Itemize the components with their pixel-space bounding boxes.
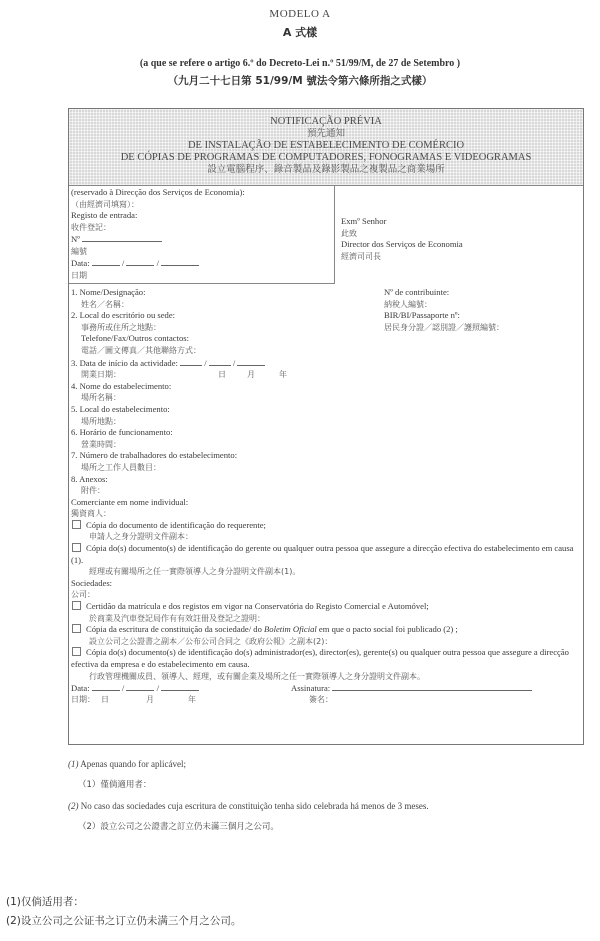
field-workers-label: 7. Número de trabalhadores do estabeleci… — [71, 450, 581, 462]
footnote-mark: (1) — [68, 759, 79, 769]
start-day-field[interactable] — [180, 357, 202, 366]
signature-label: Assinatura: — [291, 683, 330, 693]
reserved-section: (reservado à Direcção dos Serviços de Ec… — [69, 186, 335, 284]
sign-year-field[interactable] — [161, 682, 199, 691]
individual-heading: Comerciante em nome individual: — [71, 497, 581, 509]
reserved-label-zh: （由經濟司填寫）： — [71, 199, 332, 211]
start-year-field[interactable] — [237, 357, 265, 366]
legal-reference-zh: （九月二十七日第 51/99/M 號法令第六條所指之式樣） — [0, 73, 600, 88]
form-title-line: NOTIFICAÇÃO PRÉVIA — [69, 116, 583, 128]
footnote-text: No caso das sociedades cuja escritura de… — [81, 801, 429, 811]
field-establishment-name-label: 4. Nome do estabelecimento: — [71, 381, 581, 393]
salutation: Exmº Senhor — [341, 216, 463, 228]
model-title: MODELO A — [0, 8, 600, 20]
year-unit-zh: 年 — [279, 369, 287, 381]
number-label: Nº — [71, 234, 80, 244]
field-annexes-label: 8. Anexos: — [71, 474, 581, 486]
form-title-line: DE INSTALAÇÃO DE ESTABELECIMENTO DE COMÉ… — [69, 140, 583, 152]
deed-copy-text: Cópia da escritura de constituição da so… — [86, 624, 264, 634]
manager-id-text-zh: 經理或有關場所之任一實際領導人之身分證明文件副本(1)。 — [71, 566, 581, 578]
date-label: Data: — [71, 258, 90, 268]
field-contacts-label-zh: 電話／圖文傳真／其他聯絡方式： — [71, 345, 581, 357]
form-fields: 1. Nome/Designação: 姓名／名稱： 2. Local do e… — [71, 287, 581, 705]
date-year-field[interactable] — [161, 257, 199, 266]
sign-month-field[interactable] — [126, 682, 154, 691]
day-unit-zh: 日 — [101, 694, 109, 706]
field-establishment-name-label-zh: 場所名稱： — [71, 392, 581, 404]
sign-date-label: Data: — [71, 683, 90, 693]
sign-date-label-zh: 日期： — [71, 695, 95, 704]
day-unit-zh: 日 — [218, 369, 226, 381]
salutation-zh: 此致 — [341, 228, 463, 240]
directors-id-text-zh: 行政管理機關成員、領導人、經理，或有關企業及場所之任一實際領導人之身分證明文件副… — [71, 671, 581, 683]
form-title-line-zh: 預先通知 — [69, 128, 583, 140]
field-name-label: 1. Nome/Designação: — [71, 287, 581, 299]
notification-form: NOTIFICAÇÃO PRÉVIA 預先通知 DE INSTALAÇÃO DE… — [68, 108, 584, 745]
date-month-field[interactable] — [126, 257, 154, 266]
field-office-label-zh: 事務所或住所之地點： — [71, 322, 581, 334]
companies-heading-zh: 公司： — [71, 589, 581, 601]
footnote-text-zh: （2）設立公司之公證書之訂立仍未滿三個月之公司。 — [68, 821, 588, 833]
field-office-label: 2. Local do escritório ou sede: — [71, 310, 581, 322]
applicant-id-text-zh: 申請人之身分證明文件副本： — [71, 531, 581, 543]
field-establishment-location-label-zh: 場所地點： — [71, 416, 581, 428]
field-hours-label: 6. Horário de funcionamento: — [71, 427, 581, 439]
manager-id-text: Cópia do(s) documento(s) de identificaçã… — [71, 543, 574, 565]
date-day-field[interactable] — [92, 257, 120, 266]
simplified-note: (2)设立公司之公证书之订立仍未满三个月之公司。 — [6, 912, 241, 931]
registry-certificate-checkbox[interactable] — [72, 601, 81, 610]
manager-id-checkbox[interactable] — [72, 543, 81, 552]
date-label-zh: 日期 — [71, 270, 332, 282]
applicant-id-checkbox[interactable] — [72, 520, 81, 529]
footnote-mark: (2) — [68, 801, 79, 811]
simplified-note: (1)仅倘适用者： — [6, 893, 241, 912]
number-label-zh: 編號 — [71, 246, 332, 258]
field-start-date-label-zh: 開業日期： — [81, 370, 121, 379]
simplified-notes: (1)仅倘适用者： (2)设立公司之公证书之订立仍未满三个月之公司。 — [6, 893, 241, 931]
footnotes: (1) Apenas quando for aplicável; （1）僅倘適用… — [68, 758, 588, 842]
form-title-banner: NOTIFICAÇÃO PRÉVIA 預先通知 DE INSTALAÇÃO DE… — [69, 109, 583, 186]
individual-heading-zh: 獨資商人： — [71, 508, 581, 520]
sign-day-field[interactable] — [92, 682, 120, 691]
registry-certificate-text-zh: 於商業及汽車登記局作有有效註冊及登記之證明： — [71, 613, 581, 625]
entry-label: Registo de entrada: — [71, 210, 332, 222]
recipient-zh: 經濟司司長 — [341, 251, 463, 263]
footnote-text: Apenas quando for aplicável; — [80, 759, 186, 769]
number-field[interactable] — [82, 233, 162, 242]
footnote-text-zh: （1）僅倘適用者： — [68, 779, 588, 791]
registry-certificate-text: Certidão da matrícula e dos registos em … — [86, 601, 429, 611]
field-establishment-location-label: 5. Local do estabelecimento: — [71, 404, 581, 416]
start-month-field[interactable] — [209, 357, 231, 366]
directors-id-checkbox[interactable] — [72, 647, 81, 656]
field-workers-label-zh: 場所之工作人員數目： — [71, 462, 581, 474]
field-contacts-label: Telefone/Fax/Outros contactos: — [71, 333, 581, 345]
applicant-id-text: Cópia do documento de identificação do r… — [86, 520, 266, 530]
recipient: Director dos Serviços de Economia — [341, 239, 463, 251]
deed-copy-text-zh: 設立公司之公證書之副本／公布公司合同之《政府公報》之副本(2)： — [71, 636, 581, 648]
form-title-line-zh: 設立電腦程序、錄音製品及錄影製品之複製品之商業場所 — [69, 164, 583, 176]
field-start-date-label: 3. Data de início da actividade: — [71, 358, 178, 368]
directors-id-text: Cópia do(s) documento(s) de identificaçã… — [71, 647, 569, 669]
deed-copy-text-end: em que o pacto social foi publicado (2) … — [317, 624, 458, 634]
addressee-block: Exmº Senhor 此致 Director dos Serviços de … — [341, 216, 463, 262]
field-annexes-label-zh: 附件： — [71, 485, 581, 497]
month-unit-zh: 月 — [247, 369, 255, 381]
legal-reference: (a que se refere o artigo 6.º do Decreto… — [0, 58, 600, 69]
companies-heading: Sociedades: — [71, 578, 581, 590]
year-unit-zh: 年 — [188, 694, 196, 706]
boletim-oficial: Boletim Oficial — [264, 624, 317, 634]
month-unit-zh: 月 — [146, 694, 154, 706]
model-title-zh: A 式樣 — [0, 24, 600, 40]
reserved-label: (reservado à Direcção dos Serviços de Ec… — [71, 187, 332, 199]
signature-label-zh: 簽名： — [309, 694, 333, 706]
entry-label-zh: 收件登記： — [71, 222, 332, 234]
signature-field[interactable] — [332, 682, 532, 691]
form-title-line: DE CÓPIAS DE PROGRAMAS DE COMPUTADORES, … — [69, 152, 583, 164]
field-name-label-zh: 姓名／名稱： — [71, 299, 581, 311]
deed-copy-checkbox[interactable] — [72, 624, 81, 633]
field-hours-label-zh: 營業時間： — [71, 439, 581, 451]
